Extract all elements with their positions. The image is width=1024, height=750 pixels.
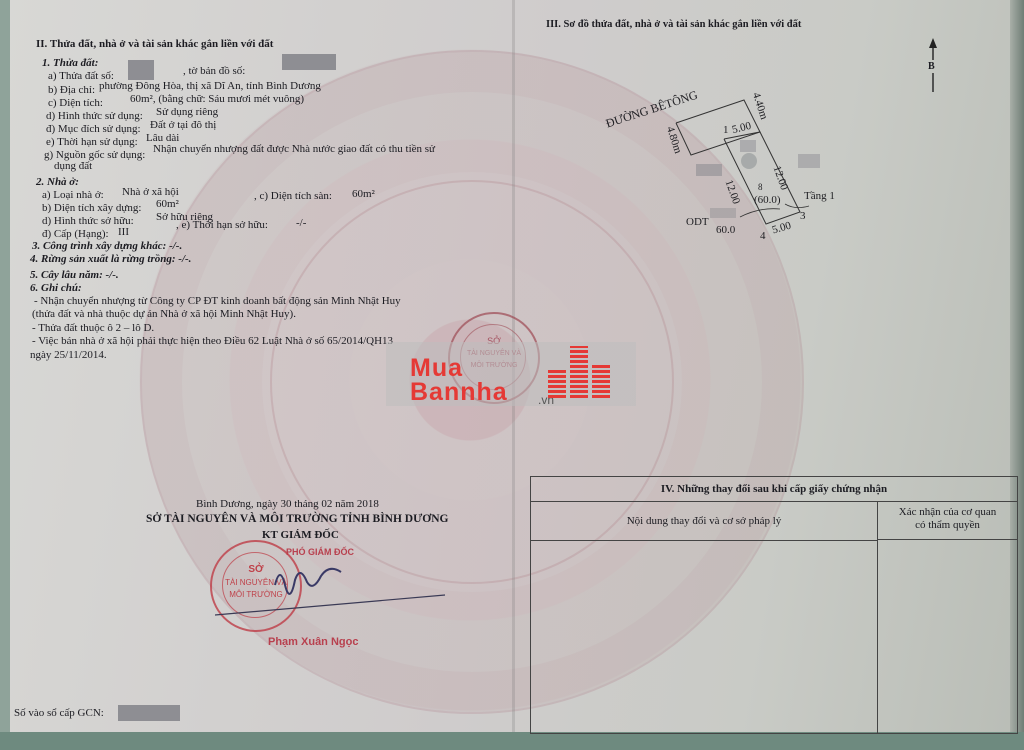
section-ii-title: II. Thửa đất, nhà ở và tài sản khác gắn … [36, 38, 273, 51]
area-label: c) Diện tích: [48, 97, 103, 110]
note-line-1: - Nhận chuyển nhượng từ Công ty CP ĐT ki… [34, 295, 401, 308]
origin-value-line2: dụng đất [54, 160, 92, 173]
parcel-number: 8 [758, 182, 763, 192]
build-area-label: b) Diện tích xây dựng: [42, 202, 141, 215]
table-column-divider [877, 540, 878, 733]
purpose-value: Đất ở tại đô thị [150, 119, 216, 132]
issuing-authority: SỞ TÀI NGUYÊN VÀ MÔI TRƯỜNG TỈNH BÌNH DƯ… [146, 513, 448, 526]
own-term-label: , e) Thời hạn sở hữu: [176, 219, 268, 232]
house-heading: 2. Nhà ở: [36, 176, 79, 189]
watermark-line-1: Mua [410, 356, 463, 380]
floor-area-label: , c) Diện tích sàn: [254, 190, 332, 203]
note-line-3: - Thửa đất thuộc ô 2 – lô D. [32, 322, 154, 335]
section-iii-title: III. Sơ đồ thửa đất, nhà ở và tài sản kh… [546, 18, 801, 31]
build-area-value: 60m² [156, 198, 179, 211]
redacted-diagram-2 [740, 140, 756, 152]
left-edge [0, 0, 10, 750]
redacted-register-number [118, 705, 180, 721]
col-change-content: Nội dung thay đổi và cơ sở pháp lý [531, 502, 878, 541]
vertex-4: 4 [760, 230, 766, 242]
map-sheet-label: , tờ bản đồ số: [183, 65, 245, 78]
col-confirm-line1: Xác nhận của cơ quan [878, 506, 1017, 519]
floor-area-value: 60m² [352, 188, 375, 201]
redacted-diagram-3 [798, 154, 820, 168]
land-heading: 1. Thửa đất: [42, 57, 98, 70]
note-line-2: (thửa đất và nhà thuộc dự án Nhà ở xã hộ… [32, 308, 296, 321]
floor-label: Tầng 1 [804, 190, 835, 202]
redacted-parcel-number [128, 60, 154, 80]
signer-role: KT GIÁM ĐỐC [262, 529, 339, 542]
house-type-label: a) Loại nhà ở: [42, 189, 104, 202]
signature-scribble [215, 560, 465, 620]
note-line-5: ngày 25/11/2014. [30, 349, 107, 362]
other-works: 3. Công trình xây dựng khác: -/-. [32, 240, 182, 253]
area-paren: (60.0) [754, 194, 781, 206]
col-authority-confirmation: Xác nhận của cơ quan có thẩm quyền [878, 502, 1017, 540]
changes-table-title: IV. Những thay đổi sau khi cấp giấy chứn… [531, 477, 1017, 502]
signer-name: Phạm Xuân Ngọc [268, 636, 358, 649]
redacted-diagram-1 [696, 164, 722, 176]
origin-value-line1: Nhận chuyển nhượng đất được Nhà nước gia… [153, 143, 435, 156]
address-label: b) Địa chỉ: [48, 84, 95, 97]
production-forest: 4. Rừng sản xuất là rừng trồng: -/-. [30, 253, 191, 266]
use-form-label: d) Hình thức sử dụng: [46, 110, 143, 123]
note-line-4: - Việc bán nhà ở xã hội phải thực hiện t… [32, 335, 393, 348]
deputy-title: PHÓ GIÁM ĐỐC [286, 546, 354, 559]
area-value: 60m², (bằng chữ: Sáu mươi mét vuông) [130, 93, 304, 106]
redacted-map-sheet-number [282, 54, 336, 70]
use-form-value: Sử dụng riêng [156, 106, 218, 119]
area-value: 60.0 [716, 224, 735, 236]
col-confirm-line2: có thẩm quyền [878, 519, 1017, 532]
purpose-label: đ) Mục đích sử dụng: [46, 123, 141, 136]
watermark-line-2: Bannha [410, 380, 508, 404]
address-value: phường Đông Hòa, thị xã Dĩ An, tỉnh Bình… [99, 80, 321, 93]
vertex-1: 1 [723, 124, 729, 136]
vertex-3: 3 [800, 210, 806, 222]
own-term-value: -/- [296, 217, 306, 230]
notes-heading: 6. Ghi chú: [30, 282, 82, 295]
land-code: ODT [686, 216, 709, 228]
bottom-strip [0, 732, 1024, 750]
north-label: B [928, 60, 935, 73]
grade-value: III [118, 226, 129, 239]
perennial-trees: 5. Cây lâu năm: -/-. [30, 269, 119, 282]
changes-table: IV. Những thay đổi sau khi cấp giấy chứn… [530, 476, 1018, 734]
site-diagram: ĐƯỜNG BÊTÔNG 4.40m 4.80m 1 5.00 12.00 12… [590, 80, 870, 260]
issue-date: Bình Dương, ngày 30 tháng 02 năm 2018 [196, 498, 379, 511]
redacted-diagram-4 [710, 208, 736, 218]
register-label: Số vào sổ cấp GCN: [14, 707, 104, 720]
term-label: e) Thời hạn sử dụng: [46, 136, 138, 149]
